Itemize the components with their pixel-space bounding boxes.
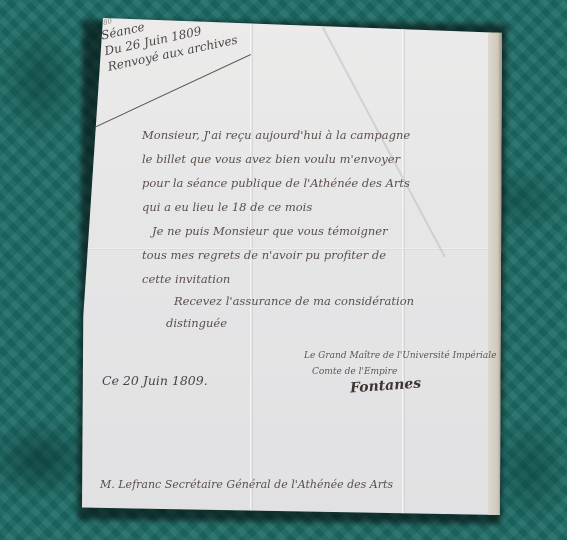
signatory-title: Le Grand Maître de l'Université Impérial… bbox=[304, 348, 497, 380]
closing-line: distinguée bbox=[166, 312, 414, 334]
closing-line: Recevez l'assurance de ma considération bbox=[174, 290, 414, 312]
letter-line: Je ne puis Monsieur que vous témoigner bbox=[142, 219, 492, 243]
letter-line: le billet que vous avez bien voulu m'env… bbox=[142, 147, 492, 171]
letter-date: Ce 20 Juin 1809. bbox=[102, 373, 208, 388]
archive-note: 480 Séance Du 26 Juin 1809 Renvoyé aux a… bbox=[98, 18, 239, 75]
letter-line: cette invitation bbox=[142, 267, 492, 291]
letter-paper: 480 Séance Du 26 Juin 1809 Renvoyé aux a… bbox=[82, 18, 502, 515]
letter-body: Monsieur, J'ai reçu aujourd'hui à la cam… bbox=[142, 123, 492, 291]
letter-line: qui a eu lieu le 18 de ce mois bbox=[142, 195, 492, 219]
addressee-line: M. Lefranc Secrétaire Général de l'Athén… bbox=[100, 478, 393, 491]
letter-line: Monsieur, J'ai reçu aujourd'hui à la cam… bbox=[142, 123, 492, 147]
letter-closing: Recevez l'assurance de ma considération … bbox=[174, 290, 414, 334]
letter-line: tous mes regrets de n'avoir pu profiter … bbox=[142, 243, 492, 267]
signatory-line: Le Grand Maître de l'Université Impérial… bbox=[304, 348, 497, 364]
letter-line: pour la séance publique de l'Athénée des… bbox=[142, 171, 492, 195]
